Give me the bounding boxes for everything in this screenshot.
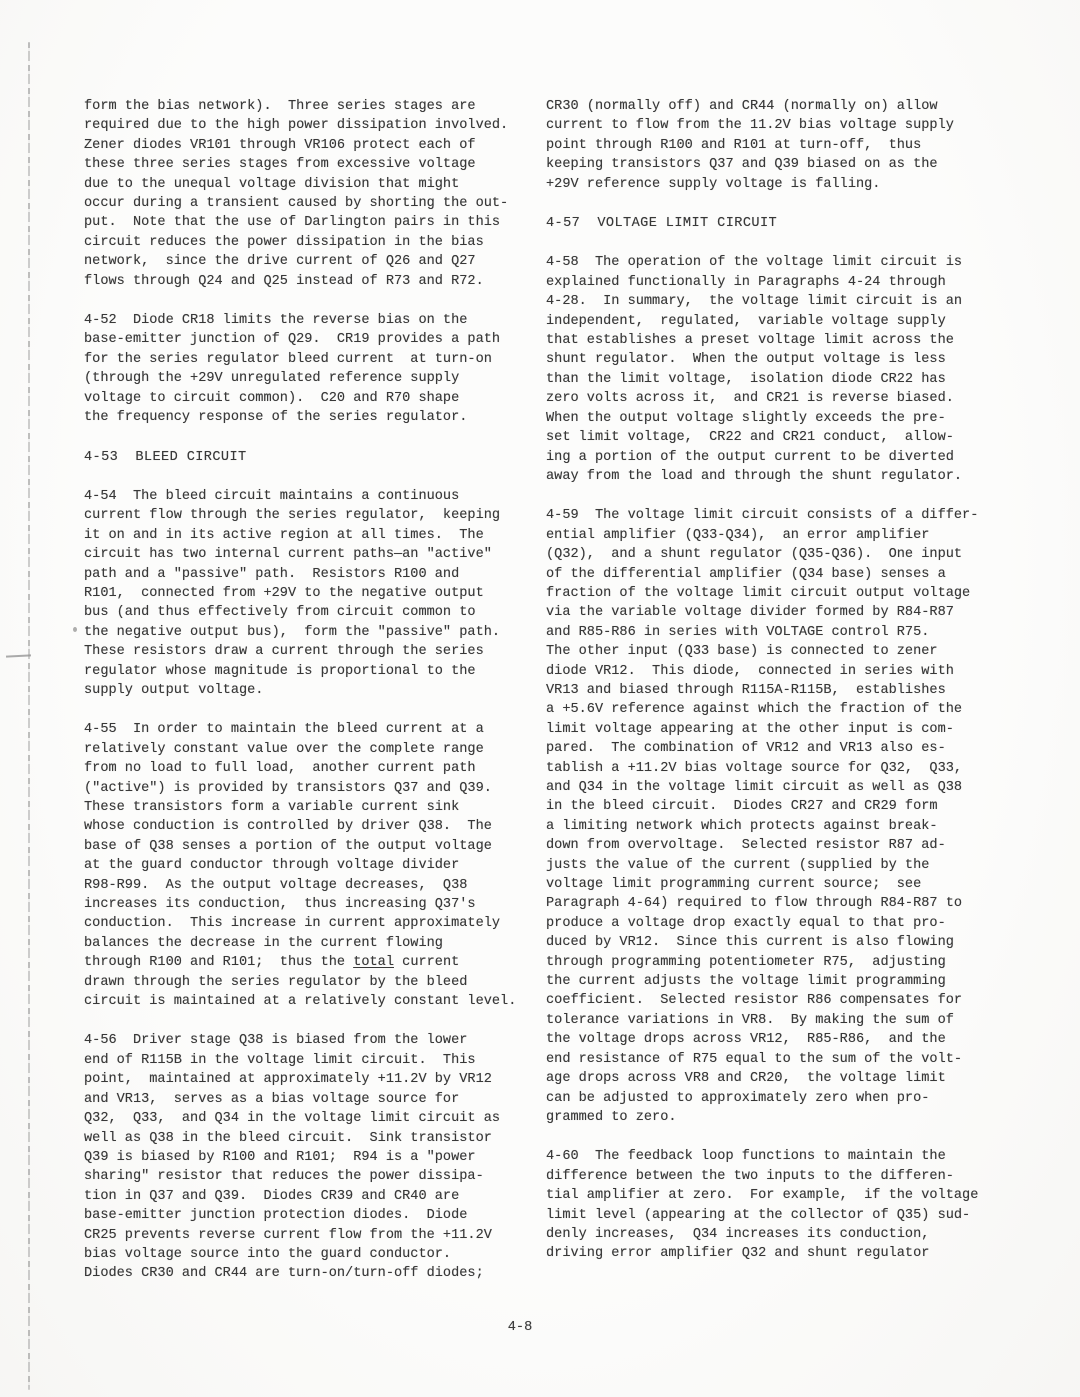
scan-artifact-vertical-line — [28, 42, 30, 1390]
paragraph-4-60: 4-60 The feedback loop functions to main… — [546, 1147, 1008, 1263]
paragraph-4-58: 4-58 The operation of the voltage limit … — [546, 253, 1008, 486]
paragraph-4-59: 4-59 The voltage limit circuit consists … — [546, 506, 1008, 1127]
left-column: form the bias network). Three series sta… — [84, 97, 556, 1304]
paragraph-4-54: 4-54 The bleed circuit maintains a conti… — [84, 487, 556, 700]
scan-artifact-fleck — [73, 627, 77, 632]
paragraph-4-56-continued: CR30 (normally off) and CR44 (normally o… — [546, 97, 1008, 194]
paragraph-4-51-continued: form the bias network). Three series sta… — [84, 97, 556, 291]
section-heading-4-53: 4-53 BLEED CIRCUIT — [84, 448, 556, 467]
right-column: CR30 (normally off) and CR44 (normally o… — [546, 97, 1008, 1284]
document-page: form the bias network). Three series sta… — [0, 0, 1080, 1397]
paragraph-4-55-text-before: 4-55 In order to maintain the bleed curr… — [84, 722, 500, 970]
paragraph-4-55: 4-55 In order to maintain the bleed curr… — [84, 720, 556, 1011]
paragraph-4-52: 4-52 Diode CR18 limits the reverse bias … — [84, 311, 556, 427]
paragraph-4-56: 4-56 Driver stage Q38 is biased from the… — [84, 1031, 556, 1283]
page-number: 4-8 — [0, 1320, 1040, 1335]
section-heading-4-57: 4-57 VOLTAGE LIMIT CIRCUIT — [546, 214, 1008, 233]
paragraph-4-55-underlined-word: total — [353, 955, 394, 970]
